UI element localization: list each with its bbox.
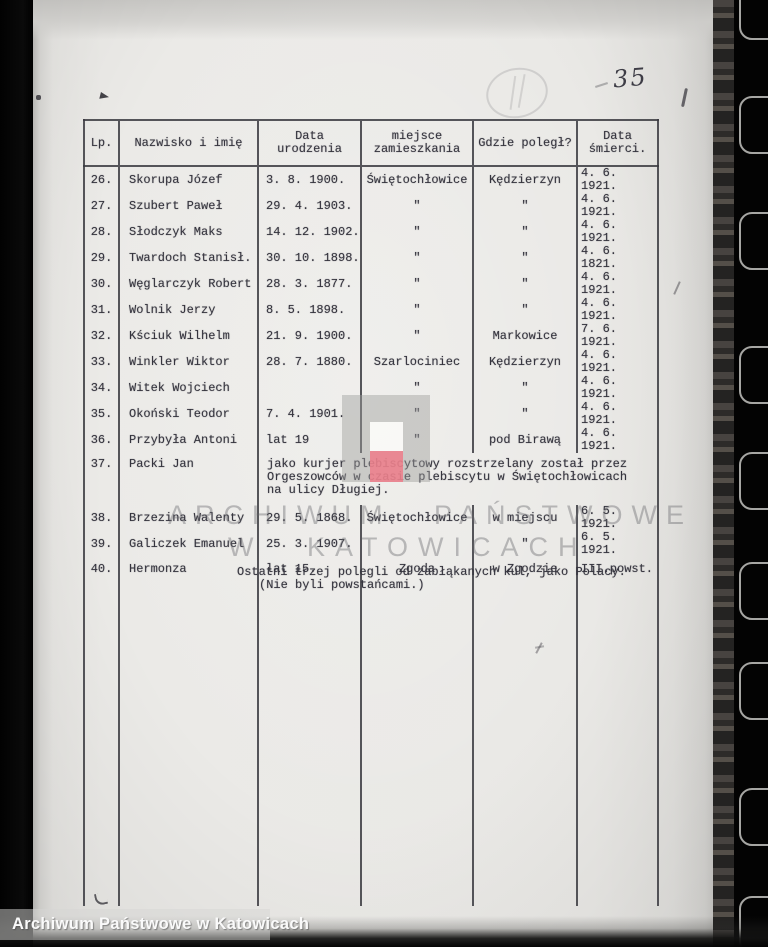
name-cell: Skorupa Józef bbox=[119, 166, 258, 193]
archive-caption-label: Archiwum Państwowe w Katowicach bbox=[12, 915, 309, 934]
death-date-cell: 4. 6. 1921. bbox=[577, 427, 658, 453]
empty-cell bbox=[258, 581, 361, 906]
row-number-cell: 29. bbox=[84, 245, 119, 271]
birth-date-cell: 8. 5. 1898. bbox=[258, 297, 361, 323]
birth-date-cell: 29. 5. 1868. bbox=[258, 505, 361, 531]
death-date-cell: 4. 6. 1921. bbox=[577, 349, 658, 375]
death-place-cell: ″ bbox=[473, 193, 577, 219]
handwritten-page-number: 35 bbox=[612, 63, 649, 94]
column-header: miejsce zamieszkania bbox=[361, 120, 473, 166]
death-place-cell: Kędzierzyn bbox=[473, 166, 577, 193]
name-cell: Okoński Teodor bbox=[119, 401, 258, 427]
table-row: 32.Kściuk Wilhelm21. 9. 1900.″Markowice7… bbox=[84, 323, 658, 349]
residence-cell: ″ bbox=[361, 219, 473, 245]
column-header: Nazwisko i imię bbox=[119, 120, 258, 166]
name-cell: Szubert Paweł bbox=[119, 193, 258, 219]
death-date-cell: 4. 6. 1921. bbox=[577, 219, 658, 245]
empty-cell bbox=[361, 581, 473, 906]
column-header: Gdzie poległ? bbox=[473, 120, 577, 166]
film-sprocket-hole bbox=[739, 346, 768, 404]
table-row: 27.Szubert Paweł29. 4. 1903.″″4. 6. 1921… bbox=[84, 193, 658, 219]
table-row: 39.Galiczek Emanuel25. 3. 1907.″6. 5. 19… bbox=[84, 531, 658, 557]
death-date-cell: 6. 5. 1921. bbox=[577, 531, 658, 557]
residence-cell: ″ bbox=[361, 401, 473, 427]
death-date-cell: 4. 6. 1921. bbox=[577, 375, 658, 401]
death-place-cell: ″ bbox=[473, 401, 577, 427]
column-header: Data śmierci. bbox=[577, 120, 658, 166]
empty-cell bbox=[84, 581, 119, 906]
death-place-cell: ″ bbox=[473, 297, 577, 323]
death-date-cell: 7. 6. 1921. bbox=[577, 323, 658, 349]
death-date-cell: 4. 6. 1921. bbox=[577, 297, 658, 323]
page-top-shading bbox=[33, 0, 713, 40]
table-row: 31.Wolnik Jerzy8. 5. 1898.″″4. 6. 1921. bbox=[84, 297, 658, 323]
residence-cell: ″ bbox=[361, 245, 473, 271]
birth-date-cell: 7. 4. 1901. bbox=[258, 401, 361, 427]
name-cell: Kściuk Wilhelm bbox=[119, 323, 258, 349]
film-sprocket-hole bbox=[739, 662, 768, 720]
name-cell: Galiczek Emanuel bbox=[119, 531, 258, 557]
residence-cell: ″ bbox=[361, 193, 473, 219]
name-cell: Wolnik Jerzy bbox=[119, 297, 258, 323]
birth-date-cell: 21. 9. 1900. bbox=[258, 323, 361, 349]
table-body: 26.Skorupa Józef3. 8. 1900.Świętochłowic… bbox=[84, 166, 658, 906]
film-sprocket-hole bbox=[739, 96, 768, 154]
table-header-row: Lp.Nazwisko i imięData urodzeniamiejsce … bbox=[84, 120, 658, 166]
birth-date-cell: 28. 7. 1880. bbox=[258, 349, 361, 375]
death-place-cell: w miejscu bbox=[473, 505, 577, 531]
death-date-cell: 4. 6. 1921. bbox=[577, 166, 658, 193]
row-number-cell: 34. bbox=[84, 375, 119, 401]
row-number-cell: 32. bbox=[84, 323, 119, 349]
death-place-cell: ″ bbox=[473, 245, 577, 271]
residence-cell bbox=[361, 531, 473, 557]
death-date-cell: 4. 6. 1921. bbox=[577, 401, 658, 427]
film-sprocket-hole bbox=[739, 452, 768, 510]
death-place-cell: Markowice bbox=[473, 323, 577, 349]
empty-ruled-rows bbox=[84, 581, 658, 906]
birth-date-cell: 30. 10. 1898. bbox=[258, 245, 361, 271]
footnote-line: Ostatni trzej polegli od zabłąkanych kul… bbox=[237, 566, 626, 579]
death-place-cell: ″ bbox=[473, 271, 577, 297]
row-number-cell: 39. bbox=[84, 531, 119, 557]
column-header: Data urodzenia bbox=[258, 120, 361, 166]
birth-date-cell bbox=[258, 375, 361, 401]
row-number-cell: 26. bbox=[84, 166, 119, 193]
birth-date-cell: 3. 8. 1900. bbox=[258, 166, 361, 193]
table-row: 36.Przybyła Antonilat 19″pod Birawą4. 6.… bbox=[84, 427, 658, 453]
row-number-cell: 28. bbox=[84, 219, 119, 245]
death-place-cell: pod Birawą bbox=[473, 427, 577, 453]
residence-cell: ″ bbox=[361, 323, 473, 349]
pencil-dot-mark bbox=[36, 95, 41, 100]
death-place-cell: ″ bbox=[473, 531, 577, 557]
table-row: 28.Słodczyk Maks14. 12. 1902.″″4. 6. 192… bbox=[84, 219, 658, 245]
row-number-cell: 31. bbox=[84, 297, 119, 323]
row-number-cell: 38. bbox=[84, 505, 119, 531]
residence-cell: ″ bbox=[361, 427, 473, 453]
table-row: 35.Okoński Teodor7. 4. 1901.″″4. 6. 1921… bbox=[84, 401, 658, 427]
residence-cell: Świętochłowice bbox=[361, 505, 473, 531]
film-sprocket-hole bbox=[739, 788, 768, 846]
remark-cell: jako kurjer plebiscytowy rozstrzelany zo… bbox=[258, 453, 658, 505]
row-number-cell: 40. bbox=[84, 557, 119, 581]
archive-caption-bar: Archiwum Państwowe w Katowicach bbox=[0, 909, 270, 940]
table-row: 37.Packi Janjako kurjer plebiscytowy roz… bbox=[84, 453, 658, 505]
name-cell: Packi Jan bbox=[119, 453, 258, 505]
film-sprocket-hole bbox=[739, 212, 768, 270]
birth-date-cell: 14. 12. 1902. bbox=[258, 219, 361, 245]
death-date-cell: 4. 6. 1921. bbox=[577, 193, 658, 219]
birth-date-cell: 29. 4. 1903. bbox=[258, 193, 361, 219]
residence-cell: ″ bbox=[361, 271, 473, 297]
empty-cell bbox=[119, 581, 258, 906]
row-number-cell: 37. bbox=[84, 453, 119, 505]
film-sprocket-hole bbox=[739, 0, 768, 40]
microfilm-scan: 35 Lp.Nazwisko i imięData urodzeniamiejs… bbox=[0, 0, 768, 947]
name-cell: Przybyła Antoni bbox=[119, 427, 258, 453]
residence-cell: Świętochłowice bbox=[361, 166, 473, 193]
death-place-cell: Kędzierzyn bbox=[473, 349, 577, 375]
table-row: 34.Witek Wojciech″″4. 6. 1921. bbox=[84, 375, 658, 401]
table-row: 33.Winkler Wiktor28. 7. 1880.Szarlocinie… bbox=[84, 349, 658, 375]
film-right-edge-texture bbox=[713, 0, 734, 947]
row-number-cell: 36. bbox=[84, 427, 119, 453]
name-cell: Brzezina Walenty bbox=[119, 505, 258, 531]
column-header: Lp. bbox=[84, 120, 119, 166]
table-row: 29.Twardoch Stanisł.30. 10. 1898.″″4. 6.… bbox=[84, 245, 658, 271]
birth-date-cell: lat 19 bbox=[258, 427, 361, 453]
residence-cell: ″ bbox=[361, 297, 473, 323]
table-row: 26.Skorupa Józef3. 8. 1900.Świętochłowic… bbox=[84, 166, 658, 193]
name-cell: Winkler Wiktor bbox=[119, 349, 258, 375]
name-cell: Witek Wojciech bbox=[119, 375, 258, 401]
film-sprocket-hole bbox=[739, 562, 768, 620]
table-row: 38.Brzezina Walenty29. 5. 1868.Świętochł… bbox=[84, 505, 658, 531]
row-number-cell: 33. bbox=[84, 349, 119, 375]
table-row: 30.Węglarczyk Robert28. 3. 1877.″″4. 6. … bbox=[84, 271, 658, 297]
table-footnote: Ostatni trzej polegli od zabłąkanych kul… bbox=[237, 566, 626, 591]
death-place-cell: ″ bbox=[473, 375, 577, 401]
name-cell: Węglarczyk Robert bbox=[119, 271, 258, 297]
death-place-cell: ″ bbox=[473, 219, 577, 245]
row-number-cell: 27. bbox=[84, 193, 119, 219]
residence-cell: ″ bbox=[361, 375, 473, 401]
name-cell: Twardoch Stanisł. bbox=[119, 245, 258, 271]
name-cell: Słodczyk Maks bbox=[119, 219, 258, 245]
empty-cell bbox=[473, 581, 577, 906]
casualty-table: Lp.Nazwisko i imięData urodzeniamiejsce … bbox=[83, 119, 659, 906]
birth-date-cell: 25. 3. 1907. bbox=[258, 531, 361, 557]
residence-cell: Szarlociniec bbox=[361, 349, 473, 375]
empty-cell bbox=[577, 581, 658, 906]
footnote-line: (Nie byli powstańcami.) bbox=[259, 579, 626, 592]
row-number-cell: 30. bbox=[84, 271, 119, 297]
birth-date-cell: 28. 3. 1877. bbox=[258, 271, 361, 297]
film-left-edge bbox=[0, 0, 33, 947]
death-date-cell: 6. 5. 1921. bbox=[577, 505, 658, 531]
death-date-cell: 4. 6. 1921. bbox=[577, 271, 658, 297]
row-number-cell: 35. bbox=[84, 401, 119, 427]
death-date-cell: 4. 6. 1821. bbox=[577, 245, 658, 271]
